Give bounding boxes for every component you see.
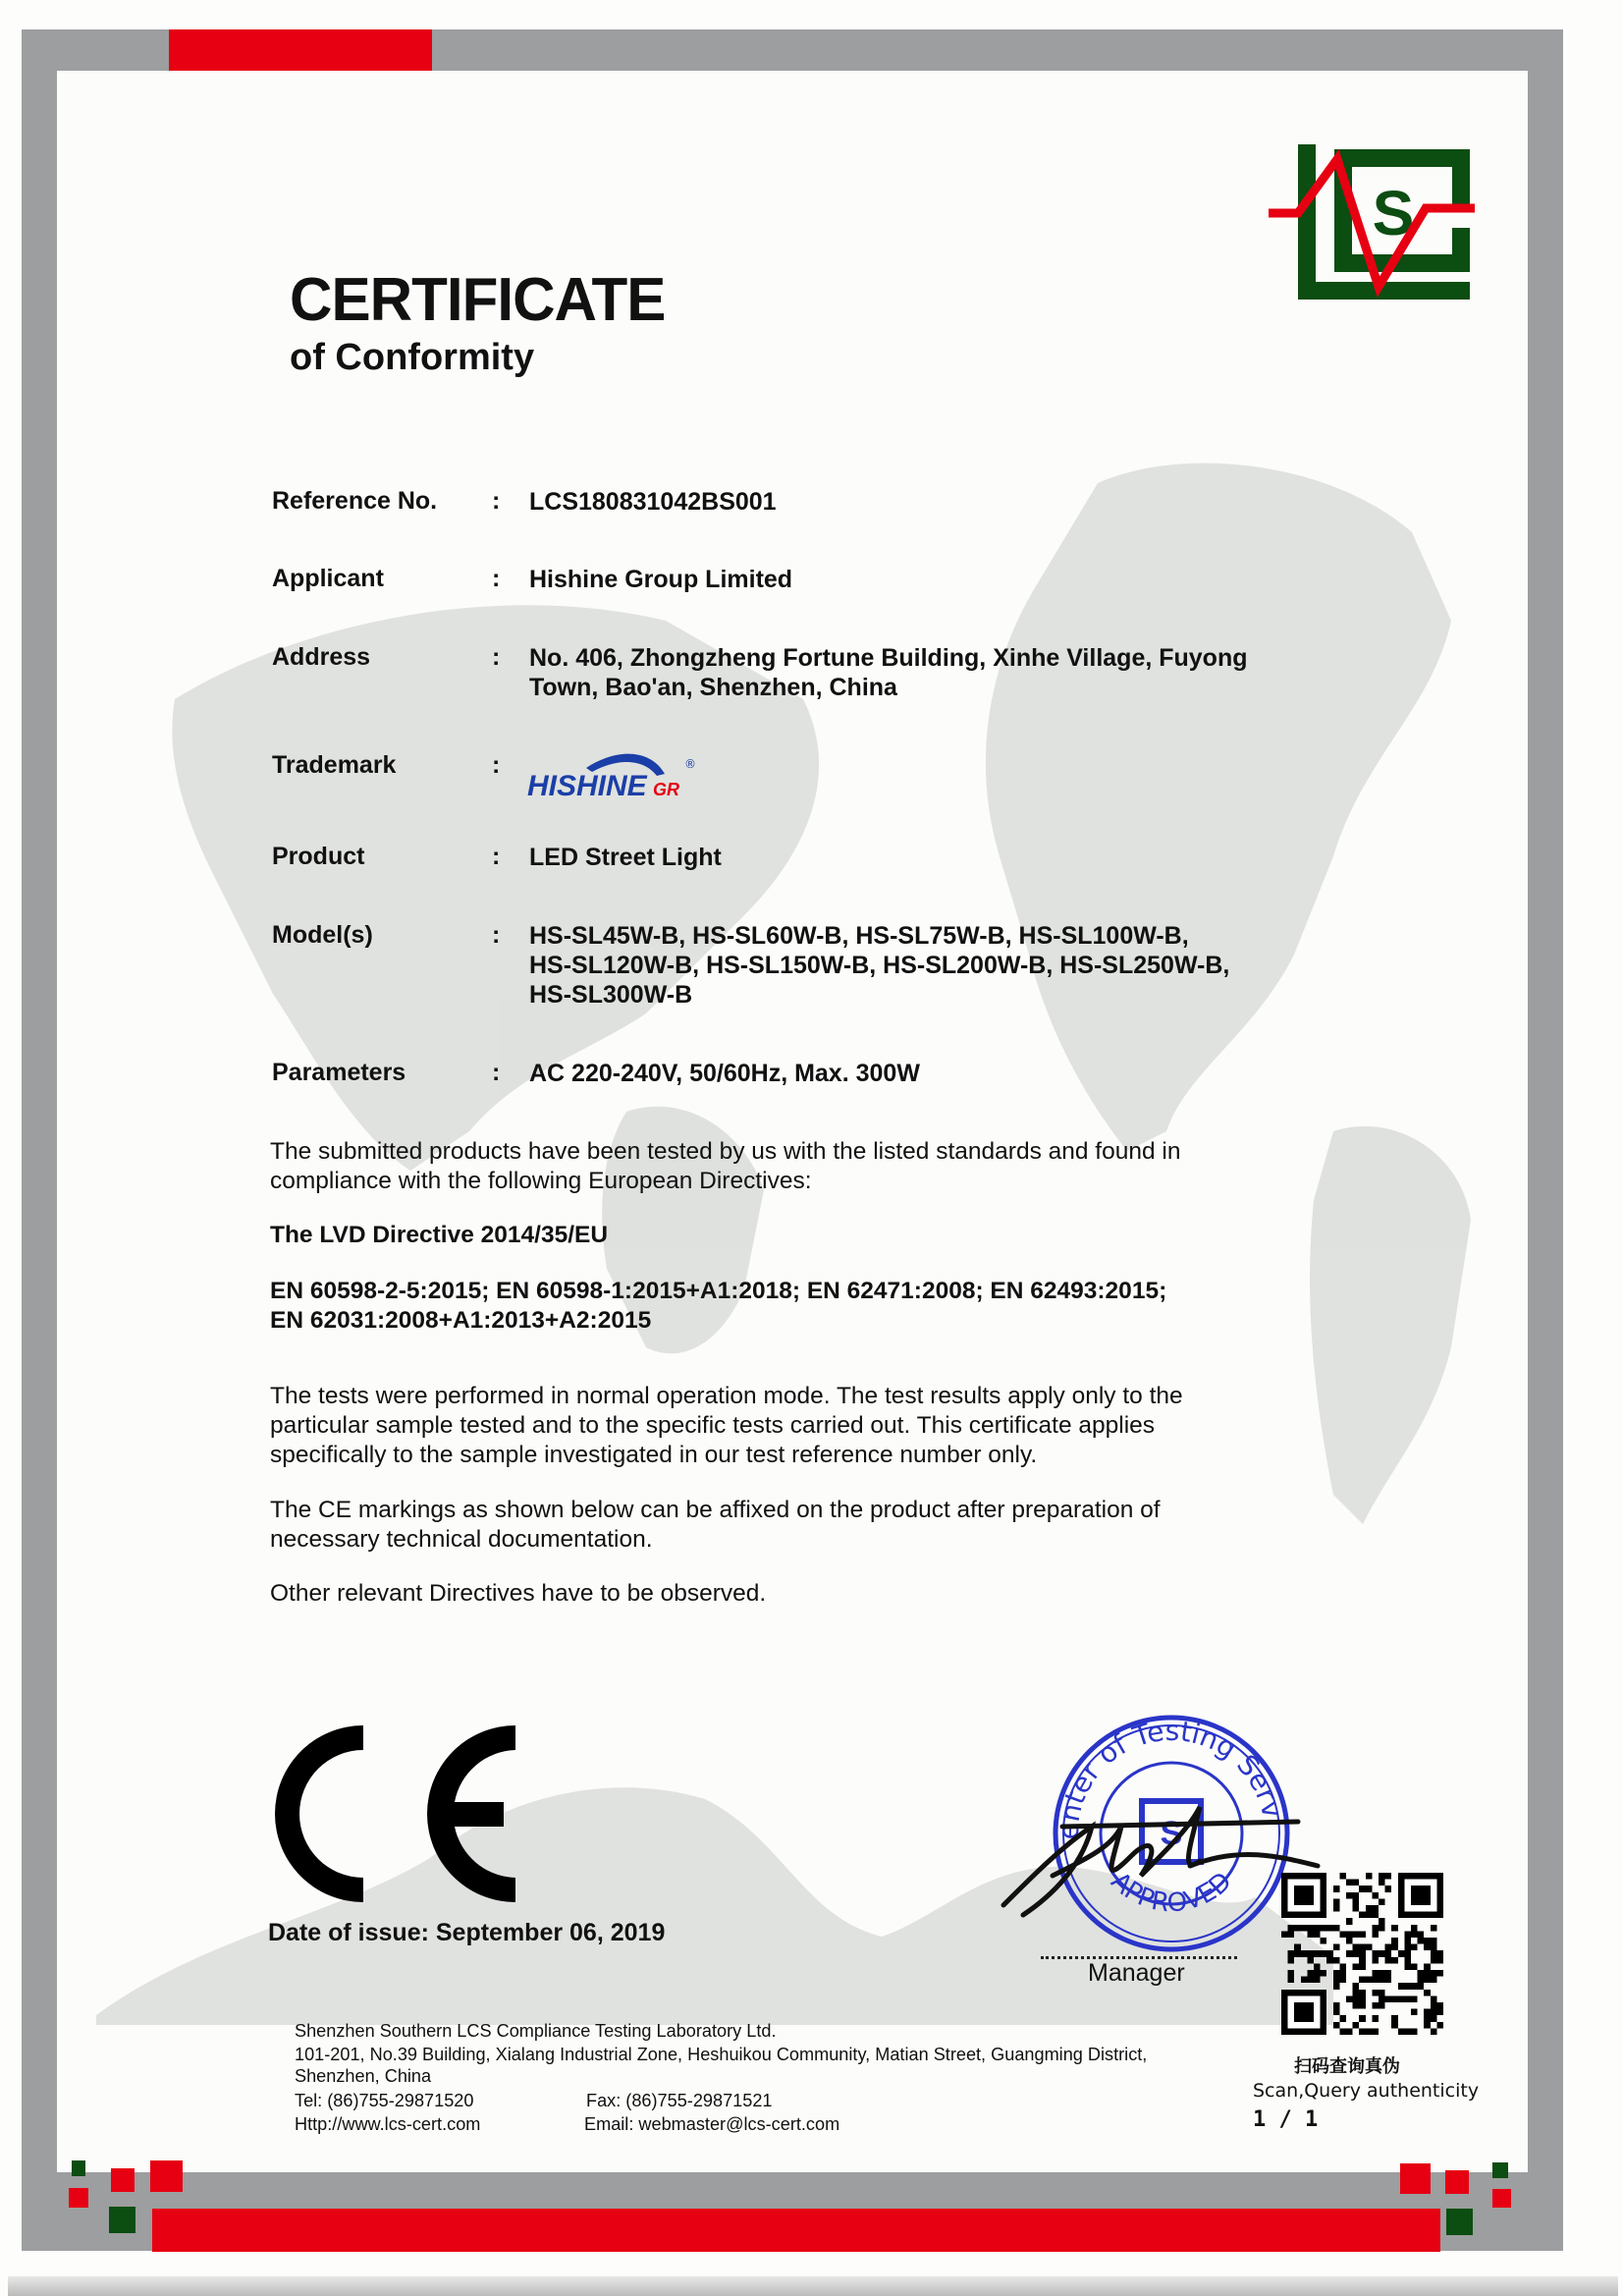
field-label: Address — [272, 643, 468, 672]
field-colon: : — [492, 921, 500, 950]
qr-caption-chinese: 扫码查询真伪 — [1294, 2052, 1400, 2078]
svg-text:GR: GR — [653, 780, 679, 799]
field-label: Applicant — [272, 565, 468, 593]
page-number: 1 / 1 — [1253, 2107, 1318, 2132]
lab-name: Shenzhen Southern LCS Compliance Testing… — [295, 2020, 777, 2042]
field-label: Product — [272, 843, 468, 871]
decor-square — [150, 2160, 183, 2192]
decor-square — [1492, 2189, 1511, 2208]
lab-website-link[interactable]: Http://www.lcs-cert.com — [295, 2113, 480, 2135]
directive-name: The LVD Directive 2014/35/EU — [270, 1221, 1350, 1250]
address-line: No. 406, Zhongzheng Fortune Building, Xi… — [529, 644, 1248, 672]
lab-tel: Tel: (86)755-29871520 — [295, 2090, 473, 2111]
hishine-trademark-logo: HISHINE GR ® — [527, 746, 704, 805]
field-value: HS-SL45W-B, HS-SL60W-B, HS-SL75W-B, HS-S… — [529, 921, 1334, 1010]
address-line: Town, Bao'an, Shenzhen, China — [529, 674, 897, 701]
field-label: Trademark — [272, 751, 468, 780]
qr-code[interactable] — [1281, 1873, 1443, 2035]
model-line: HS-SL300W-B — [529, 981, 692, 1009]
lab-address: 101-201, No.39 Building, Xialang Industr… — [295, 2044, 1147, 2087]
standards-list: EN 60598-2-5:2015; EN 60598-1:2015+A1:20… — [270, 1277, 1350, 1336]
field-label: Model(s) — [272, 921, 468, 950]
bottom-red-accent — [152, 2209, 1440, 2252]
decor-square — [109, 2207, 135, 2233]
field-value: LED Street Light — [529, 843, 1334, 872]
decor-square — [111, 2168, 135, 2192]
qr-caption-english: Scan,Query authenticity — [1253, 2080, 1479, 2102]
model-line: HS-SL45W-B, HS-SL60W-B, HS-SL75W-B, HS-S… — [529, 922, 1189, 950]
lab-fax: Fax: (86)755-29871521 — [586, 2090, 772, 2111]
decor-square — [72, 2160, 85, 2176]
field-value: AC 220-240V, 50/60Hz, Max. 300W — [529, 1059, 1334, 1088]
top-red-accent — [169, 29, 432, 71]
lcs-logo-icon: S — [1269, 139, 1504, 306]
field-colon: : — [492, 751, 500, 780]
certificate-subtitle: of Conformity — [290, 337, 534, 379]
lab-email-link[interactable]: Email: webmaster@lcs-cert.com — [584, 2113, 839, 2135]
decor-square — [1445, 2170, 1469, 2194]
intro-paragraph: The submitted products have been tested … — [270, 1137, 1350, 1196]
ce-mark-icon — [270, 1721, 535, 1907]
field-label: Parameters — [272, 1059, 468, 1087]
tests-paragraph: The tests were performed in normal opera… — [270, 1382, 1350, 1470]
svg-text:®: ® — [684, 757, 696, 771]
ce-marking-paragraph: The CE markings as shown below can be af… — [270, 1496, 1350, 1555]
certificate-title: CERTIFICATE — [290, 265, 665, 335]
field-label: Reference No. — [272, 487, 468, 516]
signatory-role: Manager — [1088, 1959, 1185, 1988]
page-edge-shadow — [8, 2276, 1618, 2296]
field-colon: : — [492, 565, 500, 593]
decor-square — [1492, 2162, 1508, 2178]
svg-text:HISHINE: HISHINE — [527, 770, 648, 802]
other-directives-note: Other relevant Directives have to be obs… — [270, 1579, 1350, 1609]
field-value: LCS180831042BS001 — [529, 487, 1334, 517]
field-colon: : — [492, 843, 500, 871]
date-of-issue: Date of issue: September 06, 2019 — [268, 1919, 665, 1947]
decor-square — [69, 2188, 88, 2208]
model-line: HS-SL120W-B, HS-SL150W-B, HS-SL200W-B, H… — [529, 952, 1229, 979]
field-colon: : — [492, 643, 500, 672]
field-value: No. 406, Zhongzheng Fortune Building, Xi… — [529, 643, 1334, 702]
decor-square — [1400, 2163, 1431, 2194]
field-value: Hishine Group Limited — [529, 565, 1334, 594]
decor-square — [1446, 2209, 1473, 2235]
field-colon: : — [492, 1059, 500, 1087]
field-colon: : — [492, 487, 500, 516]
